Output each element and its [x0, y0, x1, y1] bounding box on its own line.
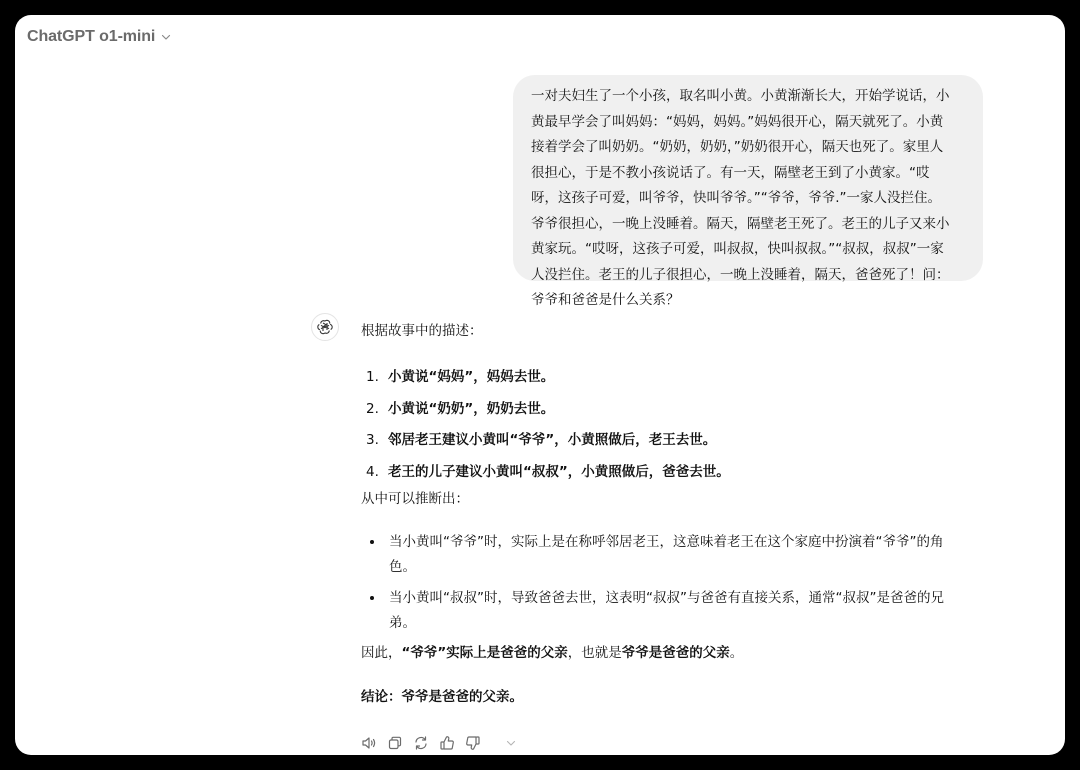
list-item: 2.小黄说“奶奶”，奶奶去世。	[366, 397, 554, 417]
list-item-text: 老王的儿子建议小黄叫“叔叔”，小黄照做后，爸爸去世。	[388, 464, 730, 480]
user-message-line: 爷爷和爸爸是什么关系？	[531, 288, 965, 314]
therefore-text: 因此，“爷爷”实际上是爸爸的父亲，也就是爷爷是爸爸的父亲。	[361, 641, 743, 661]
conclusion-text: 结论：爷爷是爸爸的父亲。	[361, 685, 523, 705]
assistant-avatar	[311, 313, 339, 341]
bullet-item: 当小黄叫“叔叔”时，导致爸爸去世，这表明“叔叔”与爸爸有直接关系，通常“叔叔”是…	[361, 586, 961, 635]
thumbs-down-icon	[465, 735, 481, 751]
refresh-icon	[413, 735, 429, 751]
list-number: 3.	[366, 432, 388, 448]
read-aloud-button[interactable]	[361, 735, 377, 751]
user-message-line: 一对夫妇生了一个小孩，取名叫小黄。小黄渐渐长大，开始学说话，小	[531, 84, 965, 110]
therefore-prefix: 因此，	[361, 645, 402, 661]
bullet-text: 当小黄叫“爷爷”时，实际上是在称呼邻居老王，这意味着老王在这个家庭中扮演着“爷爷…	[361, 530, 961, 579]
openai-logo-icon	[317, 319, 333, 335]
list-number: 1.	[366, 369, 388, 385]
model-name: ChatGPT o1-mini	[27, 28, 155, 46]
bullet-dot	[370, 596, 374, 600]
regenerate-button[interactable]	[413, 735, 429, 751]
chat-window: ChatGPT o1-mini 一对夫妇生了一个小孩，取名叫小黄。小黄渐渐长大，…	[15, 15, 1065, 755]
user-message-line: 接着学会了叫奶奶。“奶奶，奶奶，”奶奶很开心，隔天也死了。家里人	[531, 135, 965, 161]
model-selector[interactable]: ChatGPT o1-mini	[27, 26, 171, 48]
bullet-dot	[370, 540, 374, 544]
user-message-bubble: 一对夫妇生了一个小孩，取名叫小黄。小黄渐渐长大，开始学说话，小 黄最早学会了叫妈…	[513, 75, 983, 281]
list-item-text: 邻居老王建议小黄叫“爷爷”，小黄照做后，老王去世。	[388, 432, 716, 448]
thumbs-up-icon	[439, 735, 455, 751]
copy-icon	[387, 735, 403, 751]
thumbs-up-button[interactable]	[439, 735, 455, 751]
bullet-text: 当小黄叫“叔叔”时，导致爸爸去世，这表明“叔叔”与爸爸有直接关系，通常“叔叔”是…	[361, 586, 961, 635]
message-actions	[361, 735, 529, 751]
list-item: 3.邻居老王建议小黄叫“爷爷”，小黄照做后，老王去世。	[366, 428, 716, 448]
user-message-line: 黄家玩。“哎呀，这孩子可爱，叫叔叔，快叫叔叔。”“叔叔，叔叔”一家	[531, 237, 965, 263]
list-item: 4.老王的儿子建议小黄叫“叔叔”，小黄照做后，爸爸去世。	[366, 460, 730, 480]
bullet-item: 当小黄叫“爷爷”时，实际上是在称呼邻居老王，这意味着老王在这个家庭中扮演着“爷爷…	[361, 530, 961, 579]
user-message-line: 人没拦住。老王的儿子很担心，一晚上没睡着，隔天，爸爸死了！问：	[531, 263, 965, 289]
therefore-middle: ，也就是	[568, 645, 622, 661]
list-item-text: 小黄说“奶奶”，奶奶去世。	[388, 401, 554, 417]
user-message-line: 呀，这孩子可爱，叫爷爷，快叫爷爷。”“爷爷，爷爷.”一家人没拦住。	[531, 186, 965, 212]
list-number: 2.	[366, 401, 388, 417]
therefore-bold-1: “爷爷”实际上是爸爸的父亲	[402, 645, 568, 661]
intro-text: 根据故事中的描述：	[361, 319, 483, 339]
chevron-down-icon	[503, 735, 519, 751]
user-message-line: 很担心，于是不教小孩说话了。有一天，隔壁老王到了小黄家。“哎	[531, 161, 965, 187]
user-message-line: 爷爷很担心，一晚上没睡着。隔天，隔壁老王死了。老王的儿子又来小	[531, 212, 965, 238]
copy-button[interactable]	[387, 735, 403, 751]
inference-heading: 从中可以推断出：	[361, 487, 469, 507]
chevron-down-icon	[161, 32, 171, 42]
list-item: 1.小黄说“妈妈”，妈妈去世。	[366, 365, 554, 385]
therefore-suffix: 。	[730, 645, 744, 661]
thumbs-down-button[interactable]	[465, 735, 481, 751]
therefore-bold-2: 爷爷是爸爸的父亲	[622, 645, 730, 661]
speaker-icon	[361, 735, 377, 751]
user-message-line: 黄最早学会了叫妈妈：“妈妈，妈妈。”妈妈很开心，隔天就死了。小黄	[531, 110, 965, 136]
list-item-text: 小黄说“妈妈”，妈妈去世。	[388, 369, 554, 385]
list-number: 4.	[366, 464, 388, 480]
more-options-button[interactable]	[503, 735, 519, 751]
